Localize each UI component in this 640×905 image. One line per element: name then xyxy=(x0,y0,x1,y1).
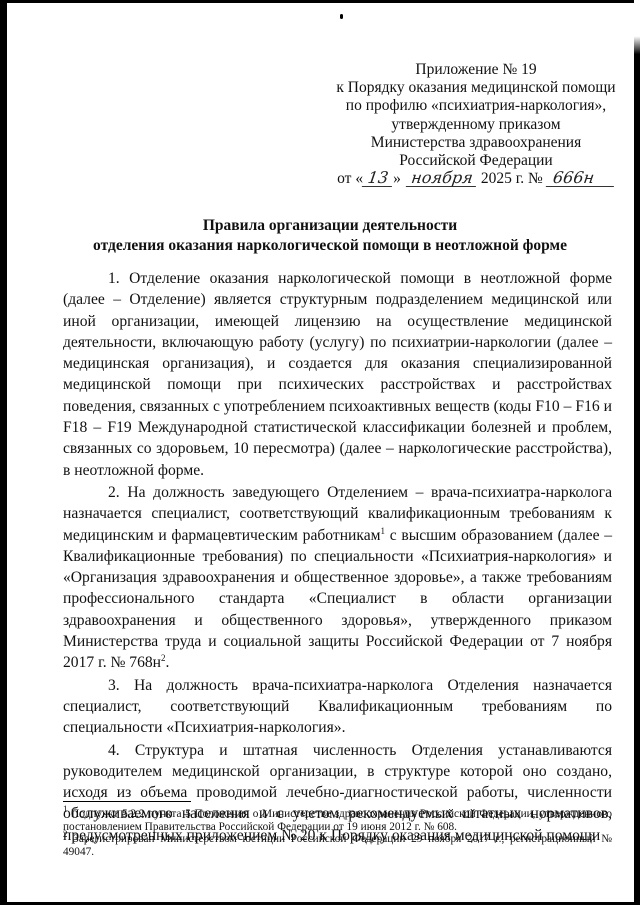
footnotes: 1 Подпункт 5.2.2 пункта 5 Положения о Ми… xyxy=(63,808,612,858)
handwritten-day: 13 xyxy=(362,170,394,187)
paragraph-3: 3. На должность врача-психиатра-нарколог… xyxy=(63,675,612,739)
approval-line: к Порядку оказания медицинской помощи xyxy=(326,79,626,97)
paragraph-1: 1. Отделение оказания наркологической по… xyxy=(63,268,612,481)
document-title: Правила организации деятельности отделен… xyxy=(60,216,600,256)
footnote-text: Зарегистрирован Министерством юстиции Ро… xyxy=(63,833,612,858)
title-line: отделения оказания наркологической помощ… xyxy=(60,236,600,256)
paragraph-2-text-b: с высшим образованием (далее – Квалифика… xyxy=(63,527,612,672)
handwritten-month: ноября xyxy=(406,170,478,187)
footnote-text: Подпункт 5.2.2 пункта 5 Положения о Мини… xyxy=(63,808,612,833)
scan-border-right xyxy=(634,0,640,905)
scan-speck xyxy=(340,14,343,19)
approval-line: утвержденному приказом xyxy=(326,116,626,134)
scan-border-left xyxy=(0,0,7,905)
title-line: Правила организации деятельности xyxy=(60,216,600,236)
date-year: 2025 г. № xyxy=(481,170,543,187)
paragraph-2: 2. На должность заведующего Отделением –… xyxy=(63,482,612,674)
approval-block: Приложение № 19 к Порядку оказания медиц… xyxy=(326,61,626,188)
handwritten-order-number: 666н xyxy=(546,170,616,187)
approval-line: Министерства здравоохранения xyxy=(326,134,626,152)
approval-line: по профилю «психиатрия-наркология», xyxy=(326,97,626,115)
approval-date-line: от «13»ноября2025 г. №666н xyxy=(326,170,626,188)
scan-border-top xyxy=(0,0,640,3)
paragraph-2-text-c: . xyxy=(166,654,170,671)
footnote-2: 2 Зарегистрирован Министерством юстиции … xyxy=(63,833,612,858)
document-body: 1. Отделение оказания наркологической по… xyxy=(63,268,612,847)
footnote-1: 1 Подпункт 5.2.2 пункта 5 Положения о Ми… xyxy=(63,808,612,833)
footnote-separator xyxy=(63,801,191,802)
date-mid: » xyxy=(393,170,401,187)
approval-line: Приложение № 19 xyxy=(326,61,626,79)
date-prefix: от « xyxy=(337,170,363,187)
